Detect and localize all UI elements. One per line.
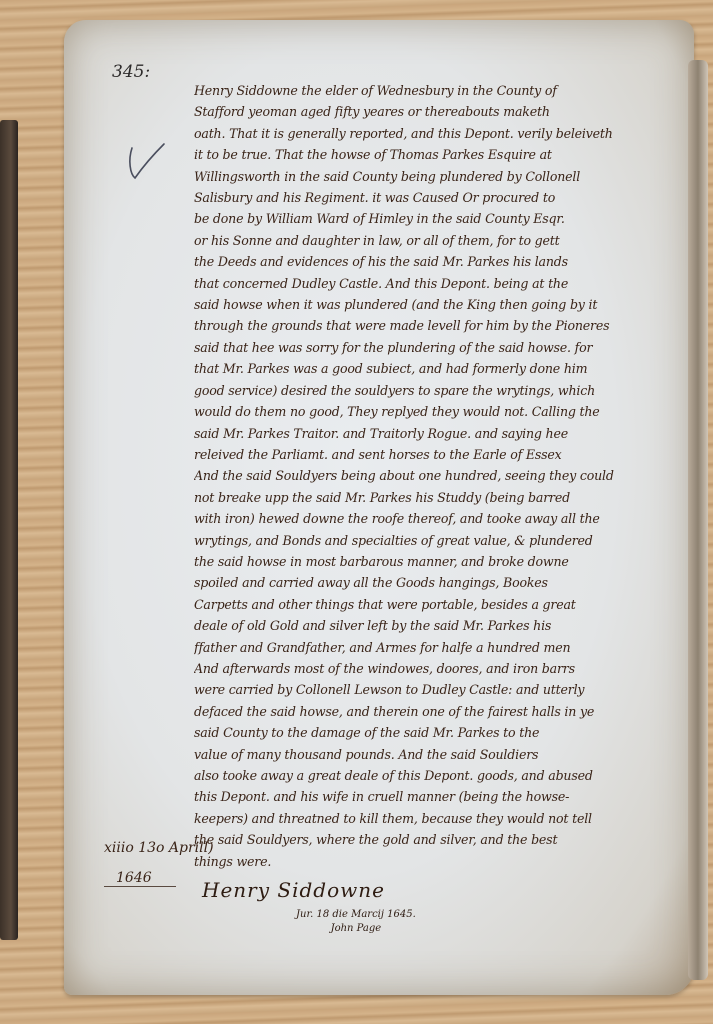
text-line: said County to the damage of the said Mr…	[194, 722, 684, 743]
text-line: Carpetts and other things that were port…	[194, 594, 684, 615]
jurat-officer: John Page	[296, 922, 416, 936]
text-line: deale of old Gold and silver left by the…	[194, 615, 684, 636]
margin-date-day: xiiio 13o Aprill)	[104, 840, 214, 856]
text-line: Stafford yeoman aged fifty yeares or the…	[194, 101, 684, 122]
deposition-text: Henry Siddowne the elder of Wednesbury i…	[194, 80, 684, 872]
text-line: were carried by Collonell Lewson to Dudl…	[194, 679, 684, 700]
text-line: said Mr. Parkes Traitor. and Traitorly R…	[194, 423, 684, 444]
margin-date: xiiio 13o Aprill) 1646	[104, 840, 214, 887]
text-line: also tooke away a great deale of this De…	[194, 765, 684, 786]
text-line: the said Souldyers, where the gold and s…	[194, 829, 684, 850]
text-line: things were.	[194, 851, 684, 872]
text-line: that Mr. Parkes was a good subiect, and …	[194, 358, 684, 379]
manuscript-page: 345: Henry Siddowne the elder of Wednesb…	[64, 20, 694, 995]
text-line: the Deeds and evidences of his the said …	[194, 251, 684, 272]
text-line: said howse when it was plundered (and th…	[194, 294, 684, 315]
text-line: good service) desired the souldyers to s…	[194, 380, 684, 401]
text-line: spoiled and carried away all the Goods h…	[194, 572, 684, 593]
check-mark-icon	[126, 138, 166, 182]
margin-date-year: 1646	[104, 870, 176, 887]
page-stack-edge	[688, 60, 708, 980]
text-line: with iron) hewed downe the roofe thereof…	[194, 508, 684, 529]
adjacent-book-spine	[0, 120, 18, 940]
text-line: Salisbury and his Regiment. it was Cause…	[194, 187, 684, 208]
text-line: through the grounds that were made level…	[194, 315, 684, 336]
jurat: Jur. 18 die Marcij 1645. John Page	[296, 908, 416, 936]
text-line: And afterwards most of the windowes, doo…	[194, 658, 684, 679]
text-line: And the said Souldyers being about one h…	[194, 465, 684, 486]
folio-number: 345:	[112, 62, 150, 82]
text-line: Willingsworth in the said County being p…	[194, 166, 684, 187]
text-line: Henry Siddowne the elder of Wednesbury i…	[194, 80, 684, 101]
text-line: not breake upp the said Mr. Parkes his S…	[194, 487, 684, 508]
text-line: said that hee was sorry for the plunderi…	[194, 337, 684, 358]
text-line: the said howse in most barbarous manner,…	[194, 551, 684, 572]
text-line: wrytings, and Bonds and specialties of g…	[194, 530, 684, 551]
text-line: that concerned Dudley Castle. And this D…	[194, 273, 684, 294]
text-line: it to be true. That the howse of Thomas …	[194, 144, 684, 165]
deponent-signature: Henry Siddowne	[202, 878, 385, 902]
text-line: or his Sonne and daughter in law, or all…	[194, 230, 684, 251]
text-line: oath. That it is generally reported, and…	[194, 123, 684, 144]
text-line: defaced the said howse, and therein one …	[194, 701, 684, 722]
jurat-line: Jur. 18 die Marcij 1645.	[296, 908, 416, 922]
text-line: ffather and Grandfather, and Armes for h…	[194, 637, 684, 658]
text-line: would do them no good, They replyed they…	[194, 401, 684, 422]
text-line: value of many thousand pounds. And the s…	[194, 744, 684, 765]
text-line: keepers) and threatned to kill them, bec…	[194, 808, 684, 829]
text-line: this Depont. and his wife in cruell mann…	[194, 786, 684, 807]
text-line: releived the Parliamt. and sent horses t…	[194, 444, 684, 465]
text-line: be done by William Ward of Himley in the…	[194, 208, 684, 229]
